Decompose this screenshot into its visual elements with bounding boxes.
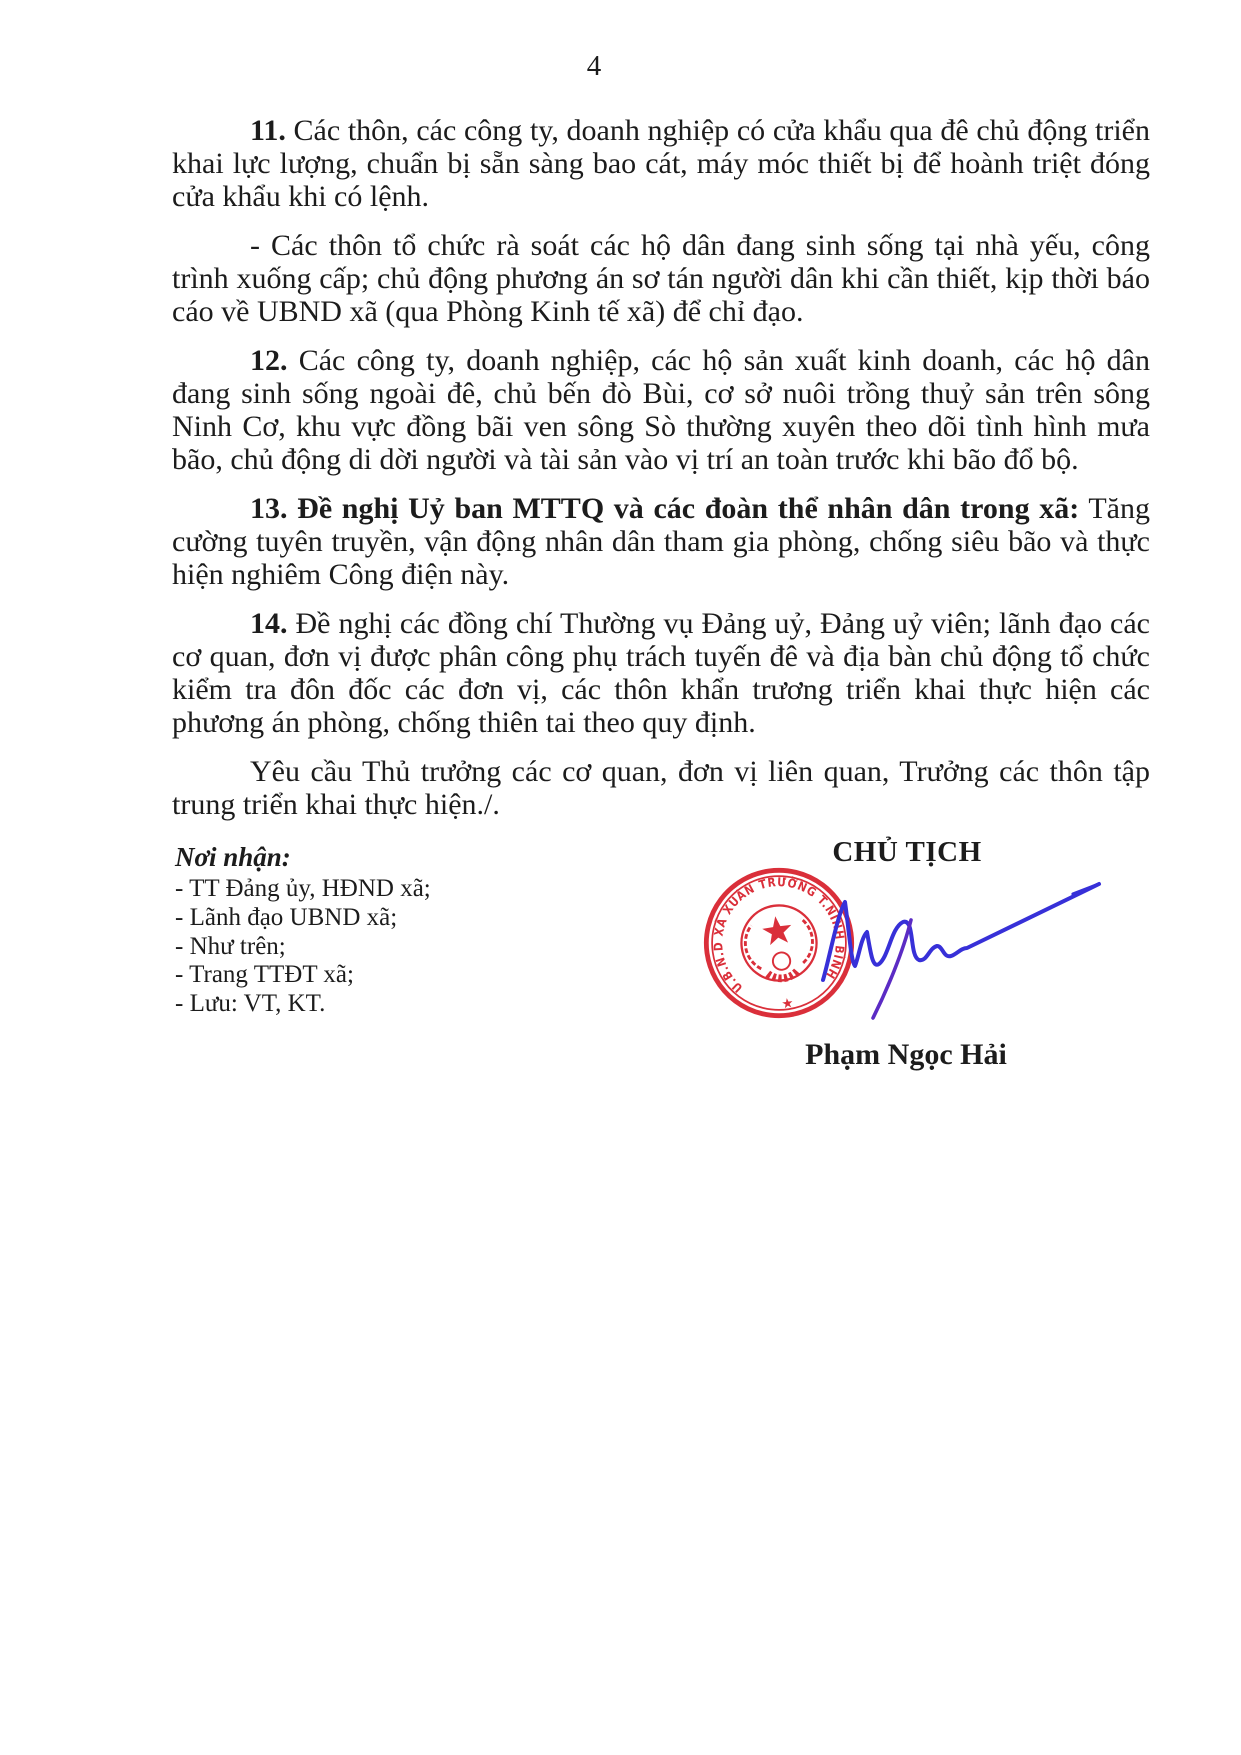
paragraph-13-lead: 13. Đề nghị Uỷ ban MTTQ và các đoàn thể … [250,492,1079,525]
paragraph-12: 12. Các công ty, doanh nghiệp, các hộ sả… [172,344,1150,476]
recipient-item: - TT Đảng ủy, HĐND xã; [175,875,595,904]
paragraph-dash-text: - Các thôn tổ chức rà soát các hộ dân đa… [172,229,1150,328]
paragraph-13: 13. Đề nghị Uỷ ban MTTQ và các đoàn thể … [172,492,1150,591]
paragraph-closing: Yêu cầu Thủ trưởng các cơ quan, đơn vị l… [172,755,1150,821]
recipient-item: - Như trên; [175,933,595,962]
signer-title: CHỦ TỊCH [782,836,1032,869]
paragraph-14-text: Đề nghị các đồng chí Thường vụ Đảng uỷ, … [172,607,1150,739]
paragraph-11-text: Các thôn, các công ty, doanh nghiệp có c… [172,114,1150,213]
seal-star-icon: ★ [780,995,794,1013]
paragraph-11-lead: 11. [250,114,286,147]
paragraph-14-lead: 14. [250,607,288,640]
recipient-item: - Lãnh đạo UBND xã; [175,904,595,933]
paragraph-12-lead: 12. [250,344,288,377]
signer-name: Phạm Ngọc Hải [800,1038,1012,1072]
page-number: 4 [0,50,1188,83]
document-body: 11. Các thôn, các công ty, doanh nghiệp … [172,114,1150,837]
paragraph-12-text: Các công ty, doanh nghiệp, các hộ sản xu… [172,344,1150,476]
recipient-item: - Trang TTĐT xã; [175,961,595,990]
paragraph-11: 11. Các thôn, các công ty, doanh nghiệp … [172,114,1150,213]
handwritten-signature-icon [815,868,1115,1023]
recipients-block: Nơi nhận: - TT Đảng ủy, HĐND xã; - Lãnh … [175,842,595,1019]
paragraph-dash: - Các thôn tổ chức rà soát các hộ dân đa… [172,229,1150,328]
paragraph-closing-text: Yêu cầu Thủ trưởng các cơ quan, đơn vị l… [172,755,1150,821]
paragraph-14: 14. Đề nghị các đồng chí Thường vụ Đảng … [172,607,1150,739]
recipients-label: Nơi nhận: [175,842,595,873]
recipient-item: - Lưu: VT, KT. [175,990,595,1019]
document-page: 4 11. Các thôn, các công ty, doanh nghiệ… [0,0,1241,1755]
